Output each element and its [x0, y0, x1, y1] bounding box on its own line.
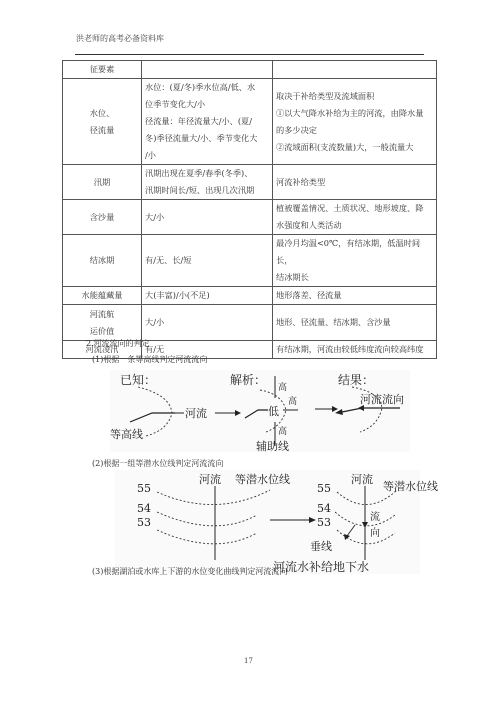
- contour-55-left: 55: [137, 482, 151, 495]
- cell-line: /小: [145, 147, 269, 164]
- high-label-right: 高: [288, 394, 297, 407]
- page-number: 17: [244, 657, 253, 665]
- cell-line: 径流量: [66, 122, 138, 139]
- cell-line: 植被覆盖情况、土质状况、地形坡度、降: [276, 200, 433, 217]
- cell-line: 取决于补给类型及流域面积: [276, 88, 433, 105]
- cell-line: 径流量：年径流量大/小、(夏/: [145, 113, 269, 130]
- factor-cell: [273, 61, 437, 79]
- cell-line: 征要素: [66, 61, 138, 78]
- subsection-2-title: (2)根据一组等潜水位线判定河流流向: [92, 458, 223, 469]
- cell-line: ②流域面积(支流数量)大，一般流量大: [276, 139, 433, 156]
- contour-label: 等高线: [110, 426, 143, 442]
- page-header: 洪老师的高考必备资料库: [76, 33, 164, 44]
- table-row: 汛期汛期出现在夏季/春季(冬季)、汛期时间长/短、出现几次汛期河流补给类型: [63, 165, 437, 200]
- feature-cell: 征要素: [63, 61, 142, 79]
- aux-line-label: 辅助线: [256, 438, 289, 454]
- table-row: 水能蕴藏量大(丰富)/小(不足)地形落差、径流量: [63, 287, 437, 305]
- high-label-bottom: 高: [278, 424, 287, 437]
- cell-line: 的多少决定: [276, 122, 433, 139]
- description-cell: [142, 61, 273, 79]
- feature-cell: 水位、径流量: [63, 79, 142, 165]
- cell-line: 大(丰富)/小(不足): [145, 287, 269, 304]
- water-table-label-right: 等潜水位线: [383, 478, 438, 494]
- contour-river-diagram: 已知： 河流 等高线 解析： 低 高 高 高 辅助线 结果： 河流流向: [110, 370, 410, 452]
- feature-cell: 河流航运价值: [63, 305, 142, 341]
- factor-cell: 取决于补给类型及流域面积①以大气降水补给为主的河流，由降水量的多少决定②流域面积…: [273, 79, 437, 165]
- water-table-label-left: 等潜水位线: [235, 471, 290, 487]
- table-row: 水位、径流量水位：(夏/冬)季水位高/低、水位季节变化大/小径流量：年径流量大/…: [63, 79, 437, 165]
- perpendicular-label: 垂线: [310, 538, 332, 554]
- cell-line: 运价值: [66, 323, 138, 340]
- subsection-3-title: (3)根据湖泊或水库上下游的水位变化曲线判定河流流向: [92, 566, 287, 577]
- cell-line: 有结冰期，河流由较低纬度流向较高纬度: [276, 341, 433, 358]
- cell-line: 水强度和人类活动: [276, 217, 433, 234]
- cell-line: 结冰期长: [276, 269, 433, 286]
- factor-cell: 植被覆盖情况、土质状况、地形坡度、降水强度和人类活动: [273, 200, 437, 235]
- flow-char-1: 流: [370, 508, 380, 523]
- factor-cell: 河流补给类型: [273, 165, 437, 200]
- contour-53-right: 53: [317, 516, 331, 529]
- contour-55-right: 55: [317, 482, 331, 495]
- table-row: 结冰期有/无、长/短最冷月均温<0℃，有结冰期，低温时间长，结冰期长: [63, 235, 437, 287]
- conclusion-label: 河流水补给地下水: [273, 558, 369, 575]
- cell-line: 最冷月均温<0℃，有结冰期，低温时间长，: [276, 235, 433, 269]
- cell-line: 大/小: [145, 209, 269, 226]
- cell-line: 汛期时间长/短、出现几次汛期: [145, 182, 269, 199]
- contour-54-left: 54: [137, 502, 151, 515]
- cell-line: 冬)季径流量大/小、季节变化大: [145, 130, 269, 147]
- cell-line: 水位：(夏/冬)季水位高/低、水: [145, 79, 269, 96]
- cell-line: 水能蕴藏量: [66, 287, 138, 304]
- cell-line: 地形落差、径流量: [276, 287, 433, 304]
- feature-cell: 含沙量: [63, 200, 142, 235]
- cell-line: 地形、径流量、结冰期、含沙量: [276, 314, 433, 331]
- feature-cell: 汛期: [63, 165, 142, 200]
- factor-cell: 地形、径流量、结冰期、含沙量: [273, 305, 437, 341]
- table-row: 征要素: [63, 61, 437, 79]
- river-features-table: 征要素水位、径流量水位：(夏/冬)季水位高/低、水位季节变化大/小径流量：年径流…: [62, 60, 437, 359]
- low-label: 低: [268, 403, 279, 419]
- factor-cell: 最冷月均温<0℃，有结冰期，低温时间长，结冰期长: [273, 235, 437, 287]
- section-title: 2.河流流向的判定: [86, 338, 150, 349]
- description-cell: 大/小: [142, 305, 273, 341]
- flow-direction-label: 河流流向: [360, 391, 404, 407]
- cell-line: 位季节变化大/小: [145, 96, 269, 113]
- description-cell: 水位：(夏/冬)季水位高/低、水位季节变化大/小径流量：年径流量大/小、(夏/冬…: [142, 79, 273, 165]
- river-label: 河流: [185, 405, 207, 421]
- cell-line: 汛期出现在夏季/春季(冬季)、: [145, 165, 269, 182]
- cell-line: 水位、: [66, 105, 138, 122]
- flow-char-2: 向: [370, 524, 380, 539]
- water-table-diagram: 55 54 53 河流 等潜水位线 55 54 53 河流 等潜水位线 流 向 …: [115, 470, 420, 574]
- table-row: 河流航运价值大/小地形、径流量、结冰期、含沙量: [63, 305, 437, 341]
- description-cell: 汛期出现在夏季/春季(冬季)、汛期时间长/短、出现几次汛期: [142, 165, 273, 200]
- description-cell: 有/无、长/短: [142, 235, 273, 287]
- factor-cell: 有结冰期，河流由较低纬度流向较高纬度: [273, 341, 437, 359]
- river-label-left: 河流: [199, 471, 221, 487]
- contour-54-right: 54: [317, 502, 331, 515]
- cell-line: 结冰期: [66, 252, 138, 269]
- river-label-right: 河流: [351, 471, 373, 487]
- cell-line: 汛期: [66, 174, 138, 191]
- header-divider: [75, 54, 424, 55]
- feature-cell: 结冰期: [63, 235, 142, 287]
- contour-53-left: 53: [137, 516, 151, 529]
- cell-line: ①以大气降水补给为主的河流，由降水量: [276, 105, 433, 122]
- cell-line: 河流补给类型: [276, 174, 433, 191]
- result-label: 结果：: [338, 371, 374, 388]
- description-cell: 大(丰富)/小(不足): [142, 287, 273, 305]
- feature-cell: 水能蕴藏量: [63, 287, 142, 305]
- cell-line: 河流航: [66, 306, 138, 323]
- cell-line: 含沙量: [66, 209, 138, 226]
- subsection-1-title: (1)根据一条等高线判定河流流向: [92, 354, 207, 365]
- cell-line: 有/无、长/短: [145, 252, 269, 269]
- known-label: 已知：: [120, 371, 156, 388]
- analysis-label: 解析：: [230, 371, 266, 388]
- factor-cell: 地形落差、径流量: [273, 287, 437, 305]
- table-row: 含沙量大/小植被覆盖情况、土质状况、地形坡度、降水强度和人类活动: [63, 200, 437, 235]
- description-cell: 大/小: [142, 200, 273, 235]
- cell-line: 大/小: [145, 314, 269, 331]
- high-label-top: 高: [278, 380, 287, 393]
